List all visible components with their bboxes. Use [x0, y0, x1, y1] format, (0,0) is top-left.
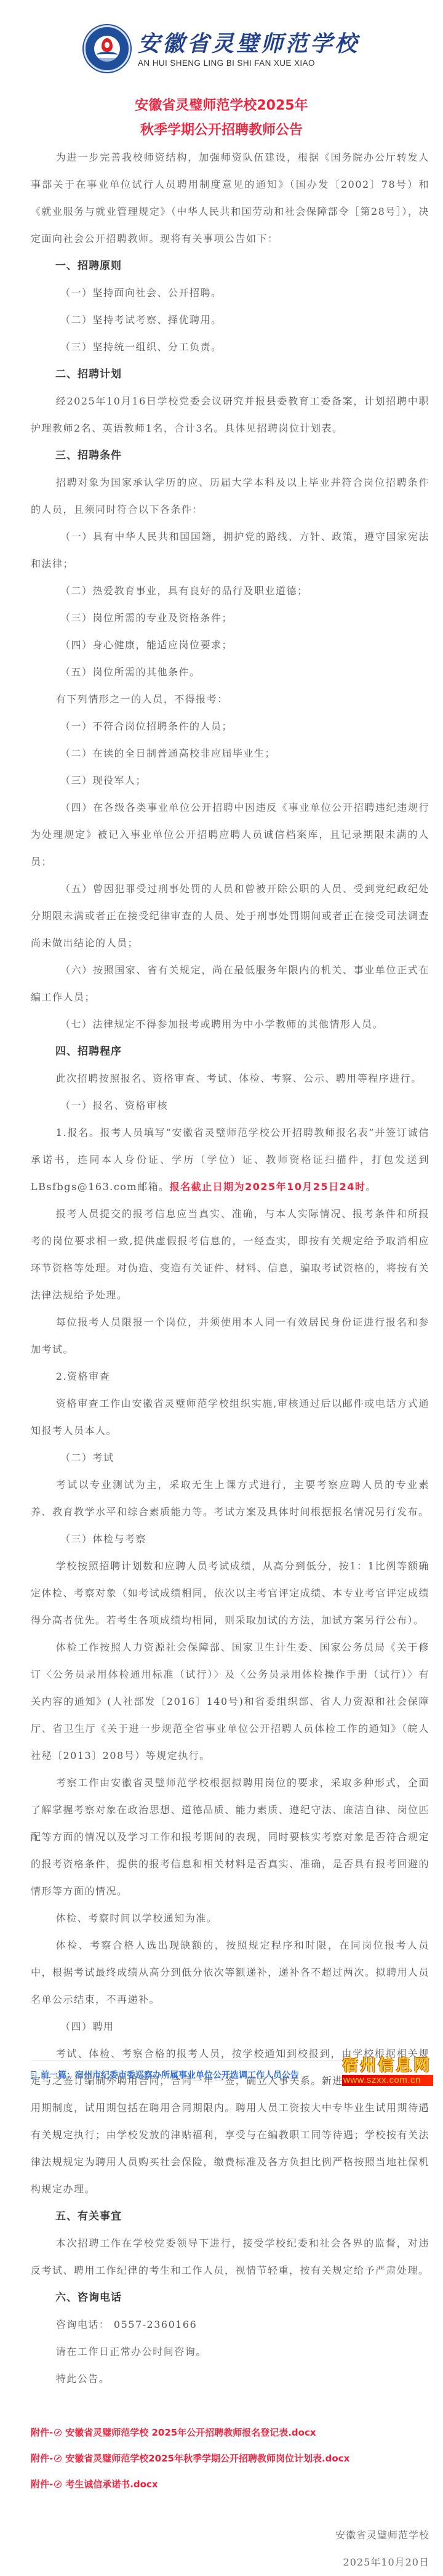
phone-number: 0557-2360166	[114, 2319, 197, 2330]
section-heading-contact: 六、咨询电话	[31, 2284, 429, 2311]
conditions-intro: 招聘对象为国家承认学历的应、历届大学本科及以上毕业并符合岗位招聘条件的人员，且须…	[31, 469, 429, 523]
attachment-filename[interactable]: 安徽省灵璧师范学校 2025年公开招聘教师报名登记表.docx	[65, 2420, 316, 2445]
document-icon	[31, 2071, 36, 2079]
condition-item: （二）热爱教育事业，具有良好的品行及职业道德；	[31, 578, 429, 605]
announcement-page: 安徽省灵璧师范学校 AN HUI SHENG LING BI SHI FAN X…	[0, 0, 443, 2576]
check-paragraph-3: 考察工作由安徽省灵璧师范学校根据拟聘用岗位的要求，采取多种形式，全面了解掌握考察…	[31, 1769, 429, 1905]
attachment-filename[interactable]: 考生诚信承诺书.docx	[65, 2471, 158, 2497]
logo-school-name-en: AN HUI SHENG LING BI SHI FAN XUE XIAO	[138, 58, 359, 68]
condition-item: （一）具有中华人民共和国国籍，拥护党的路线、方针、政策，遵守国家宪法和法律；	[31, 523, 429, 578]
exam-paragraph: 考试以专业测试为主，采取无生上课方式进行，主要考察应聘人员的专业素养、教育教学水…	[31, 1471, 429, 1526]
section-heading-procedure: 四、招聘程序	[31, 1038, 429, 1065]
excluded-item: （二）在读的全日制普通高校非应届毕业生；	[31, 740, 429, 767]
truthfulness-paragraph: 报考人员提交的报考信息应当真实、准确，与本人实际情况、报考条件和所报考的岗位要求…	[31, 1201, 429, 1309]
signature-block: 安徽省灵璧师范学校 2025年10月20日	[31, 2522, 429, 2576]
subsection-title-check: （三）体检与考察	[31, 1526, 429, 1553]
signature-org: 安徽省灵璧师范学校	[31, 2522, 429, 2549]
excluded-item: （五）曾因犯罪受过刑事处罚的人员和曾被开除公职的人员、受到党纪政纪处分期限未满或…	[31, 875, 429, 957]
title-line-1: 安徽省灵璧师范学校2025年	[14, 94, 429, 118]
announcement-body: 为进一步完善我校师资结构，加强师资队伍建设，根据《国务院办公厅转发人事部关于在事…	[31, 144, 429, 2393]
contact-phone-line: 咨询电话： 0557-2360166	[31, 2311, 429, 2338]
condition-item: （三）岗位所需的专业及资格条件；	[31, 605, 429, 632]
office-hours-note: 请在工作日正常办公时间咨询。	[31, 2338, 429, 2365]
one-post-paragraph: 每位报考人员限报一个岗位，并须使用本人同一有效居民身份证进行报名和参加考试。	[31, 1309, 429, 1363]
excluded-item: （六）按照国家、省有关规定，尚在最低服务年限内的机关、事业单位正式在编工作人员；	[31, 957, 429, 1011]
section-heading-matters: 五、有关事宜	[31, 2203, 429, 2230]
previous-title[interactable]: 宿州市纪委市委巡察办所属事业单位公开选调工作人员公告	[75, 2069, 299, 2081]
attachment-link[interactable]: 附件- 安徽省灵璧师范学校2025年秋季学期公开招聘教师岗位计划表.docx	[31, 2445, 429, 2471]
watermark-site-name: 宿州信息网	[342, 2056, 433, 2075]
signup-deadline: 报名截止日期为2025年10月25日24时	[170, 1181, 366, 1193]
subsection-title-review: 2.资格审查	[31, 1363, 429, 1390]
attachment-prefix: 附件-	[31, 2445, 53, 2471]
attachment-filename[interactable]: 安徽省灵璧师范学校2025年秋季学期公开招聘教师岗位计划表.docx	[65, 2445, 349, 2471]
school-logo-banner: 安徽省灵璧师范学校 AN HUI SHENG LING BI SHI FAN X…	[14, 0, 429, 91]
check-paragraph-4: 体检、考察时间以学校通知为准。	[31, 1905, 429, 1932]
section-heading-conditions: 三、招聘条件	[31, 442, 429, 469]
watermark-url: www.szxx.com.cn	[342, 2075, 433, 2086]
check-paragraph-2: 体检工作按照人力资源社会保障部、国家卫生计生委、国家公务员局《关于修订〈公务员录…	[31, 1634, 429, 1769]
excluded-item: （一）不符合岗位招聘条件的人员；	[31, 713, 429, 740]
excluded-item: （四）在各级各类事业单位公开招聘中因违反《事业单位公开招聘违纪违规行为处理规定》…	[31, 794, 429, 875]
principle-item: （一）坚持面向社会、公开招聘。	[31, 280, 429, 307]
subsection-title-exam: （二）考试	[31, 1444, 429, 1471]
attachment-clip-icon	[54, 2455, 62, 2462]
principle-item: （三）坚持统一组织、分工负责。	[31, 334, 429, 361]
subsection-title-hire: （四）聘用	[31, 2013, 429, 2040]
signup-end-punct: 。	[365, 1181, 377, 1193]
section-heading-principles: 一、招聘原则	[31, 252, 429, 280]
condition-item: （五）岗位所需的其他条件。	[31, 659, 429, 686]
condition-item: （四）身心健康，能适应岗位要求；	[31, 632, 429, 659]
phone-label: 咨询电话：	[56, 2319, 110, 2330]
section-heading-plan: 二、招聘计划	[31, 361, 429, 388]
page-title: 安徽省灵璧师范学校2025年 秋季学期公开招聘教师公告	[14, 94, 429, 143]
principle-item: （二）坚持考试考察、择优聘用。	[31, 307, 429, 334]
review-paragraph: 资格审查工作由安徽省灵璧师范学校组织实施,审核通过后以邮件或电话方式通知报考人员…	[31, 1390, 429, 1444]
attachment-prefix: 附件-	[31, 2471, 53, 2497]
signup-paragraph: 1.报名。报考人员填写“安徽省灵璧师范学校公开招聘教师报名表”并签订诚信承诺书，…	[31, 1119, 429, 1201]
excluded-item: （三）现役军人；	[31, 767, 429, 794]
previous-article-link[interactable]: 前一篇： 宿州市纪委市委巡察办所属事业单位公开选调工作人员公告	[31, 2069, 299, 2081]
matters-paragraph: 本次招聘工作在学校党委领导下进行，接受学校纪委和社会各界的监督，对违反考试、聘用…	[31, 2230, 429, 2284]
plan-paragraph: 经2025年10月16日学校党委会议研究并报县委教育工委备案，计划招聘中职护理教…	[31, 388, 429, 442]
signature-date: 2025年10月20日	[31, 2549, 429, 2576]
attachment-link[interactable]: 附件- 安徽省灵璧师范学校 2025年公开招聘教师报名登记表.docx	[31, 2420, 429, 2445]
attachment-clip-icon	[54, 2481, 62, 2488]
site-watermark: 宿州信息网 www.szxx.com.cn	[342, 2056, 433, 2086]
title-line-2: 秋季学期公开招聘教师公告	[14, 118, 429, 143]
excluded-item: （七）法律规定不得参加报考或聘用为中小学教师的其他情形人员。	[31, 1011, 429, 1038]
previous-label: 前一篇：	[41, 2069, 75, 2081]
procedure-intro: 此次招聘按照报名、资格审查、考试、体检、考察、公示、聘用等程序进行。	[31, 1065, 429, 1092]
check-paragraph-5: 体检、考察合格人选出现缺额的，按照规定程序和时限，在同岗位报考人员中，根据考试最…	[31, 1932, 429, 2013]
school-emblem-icon	[84, 25, 130, 72]
intro-paragraph: 为进一步完善我校师资结构，加强师资队伍建设，根据《国务院办公厅转发人事部关于在事…	[31, 144, 429, 252]
attachment-prefix: 附件-	[31, 2420, 53, 2445]
attachment-link[interactable]: 附件- 考生诚信承诺书.docx	[31, 2471, 429, 2497]
logo-school-name-cn: 安徽省灵璧师范学校	[138, 30, 359, 57]
attachment-clip-icon	[54, 2429, 62, 2436]
subsection-title-signup: （一）报名、资格审核	[31, 1092, 429, 1119]
excluded-intro: 有下列情形之一的人员，不得报考：	[31, 686, 429, 713]
check-paragraph-1: 学校按照招聘计划数和应聘人员考试成绩，从高分到低分，按1：1比例等额确定体检、考…	[31, 1553, 429, 1634]
attachments-list: 附件- 安徽省灵璧师范学校 2025年公开招聘教师报名登记表.docx 附件- …	[31, 2420, 429, 2497]
closing-line: 特此公告。	[31, 2365, 429, 2393]
